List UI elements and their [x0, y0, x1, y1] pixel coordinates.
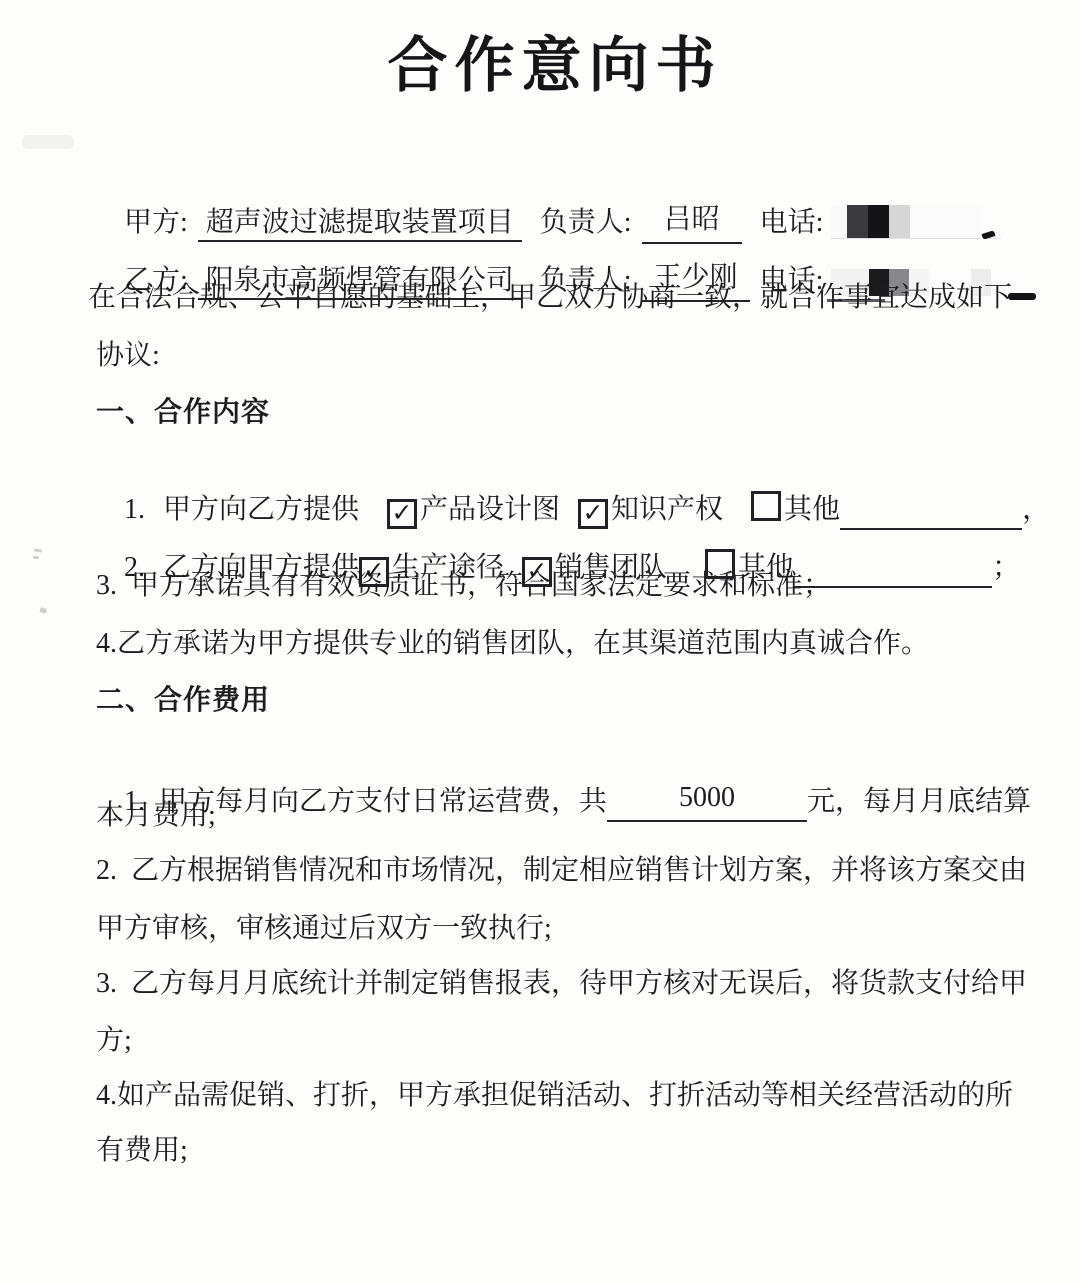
punctuation: ； [992, 552, 1020, 583]
scanned-document-page: 合作意向书 甲方:超声波过滤提取装置项目负责人:吕昭电话: 乙方:阳泉市高频焊管… [0, 0, 1080, 1284]
section-2-item-3-line-1: 3. 乙方每月月底统计并制定销售报表，待甲方核对无误后，将货款支付给甲 [96, 964, 1027, 1004]
section-1-item-4: 4.乙方承诺为甲方提供专业的销售团队，在其渠道范围内真诚合作。 [96, 624, 929, 664]
document-title: 合作意向书 [0, 18, 1080, 104]
scan-artifact [33, 556, 39, 559]
intro-line-2: 协议: [96, 336, 160, 376]
punctuation: ， [1022, 494, 1050, 525]
scan-mark [1008, 293, 1036, 300]
section-1-heading: 一、合作内容 [96, 393, 270, 433]
intro-line-1: 在合法合规、公平自愿的基础上，甲乙双方协商一致，就合作事宜达成如下 [88, 278, 1012, 318]
section-2-item-4-line-1: 4.如产品需促销、打折，甲方承担促销活动、打折活动等相关经营活动的所 [96, 1076, 1013, 1116]
scan-artifact [34, 548, 42, 552]
section-2-item-1-line-2: 本月费用; [96, 796, 216, 836]
section-2-item-3-line-2: 方; [96, 1021, 132, 1061]
section-2-item-2-line-1: 2. 乙方根据销售情况和市场情况，制定相应销售计划方案，并将该方案交由 [96, 851, 1027, 891]
section-1-item-3: 3. 甲方承诺具有有效资质证书，符合国家法定要求和标准； [96, 566, 831, 606]
scan-artifact [22, 135, 74, 149]
section-2-item-1-line-1: 1. 甲方每月向乙方支付日常运营费，共5000元，每月月底结算 [96, 738, 1031, 862]
scan-artifact [39, 607, 47, 614]
section-2-item-4-line-2: 有费用; [96, 1131, 188, 1171]
section-2-heading: 二、合作费用 [96, 681, 270, 721]
item-text: 元，每月月底结算 [807, 786, 1031, 817]
section-2-item-2-line-2: 甲方审核，审核通过后双方一致执行; [96, 909, 552, 949]
amount-blank-field: 5000 [607, 778, 807, 822]
